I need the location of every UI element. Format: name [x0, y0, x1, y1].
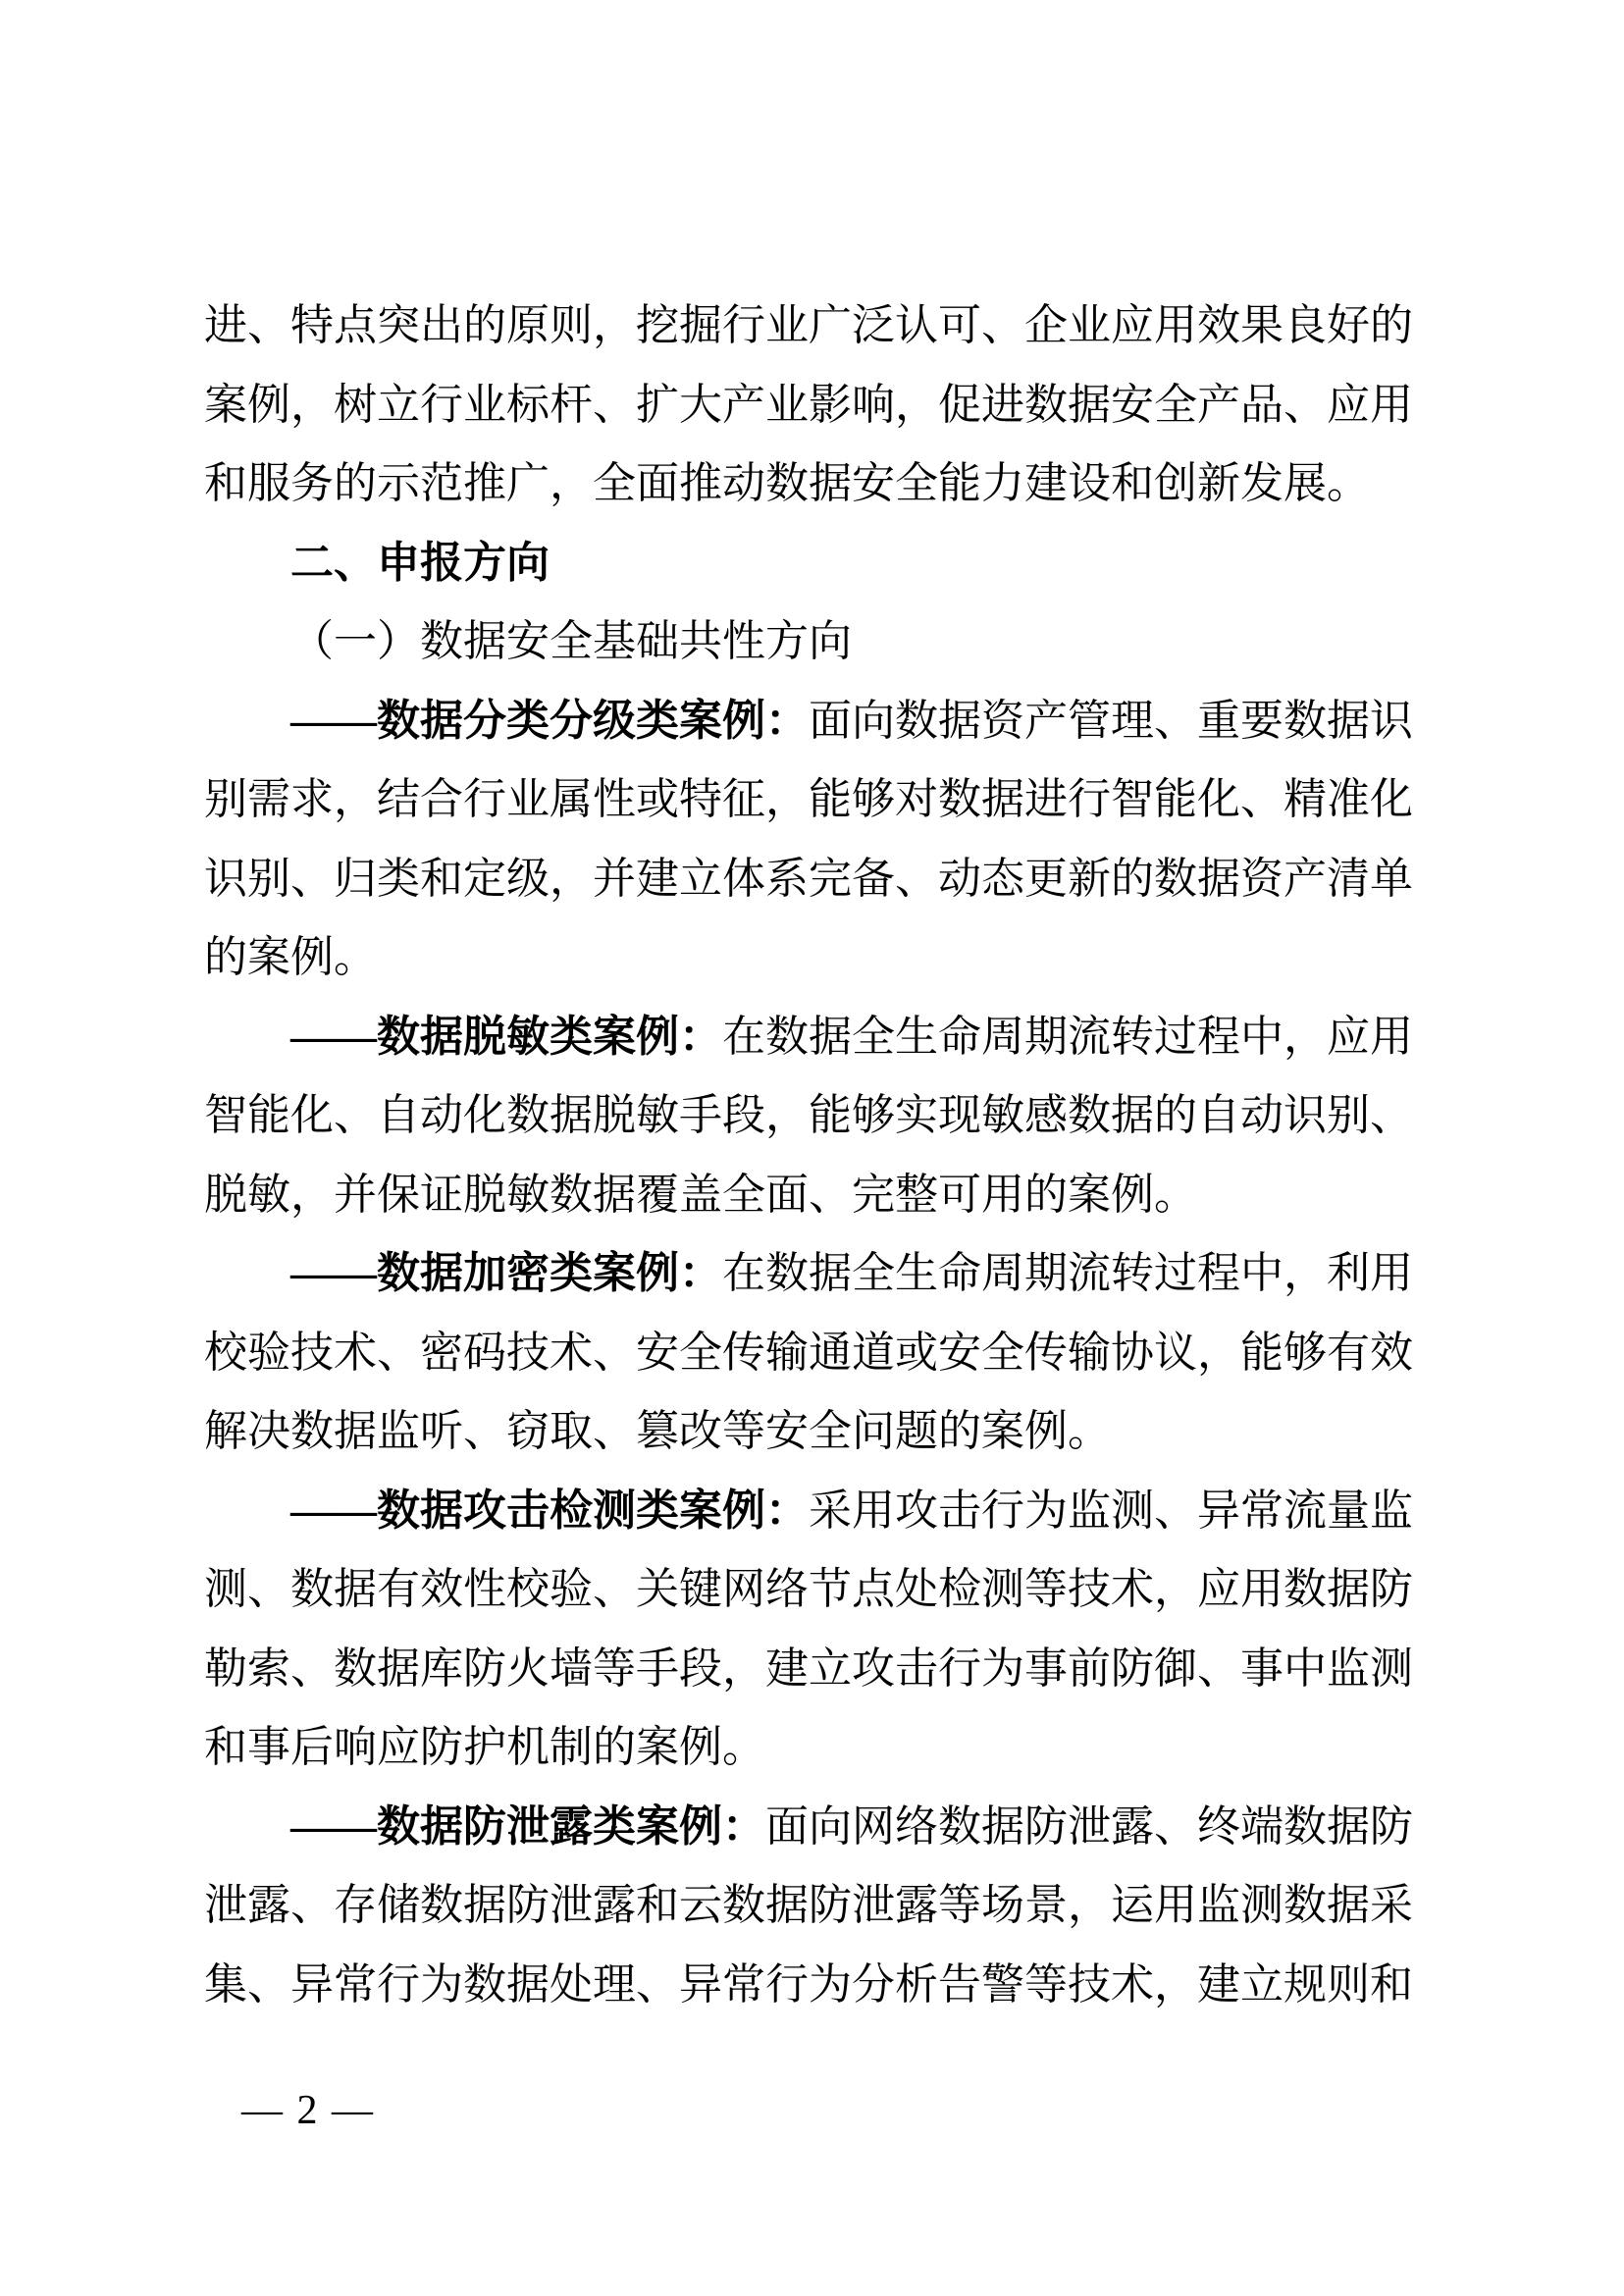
- section-heading: 二、申报方向: [204, 524, 1413, 603]
- case-item-leak-prevention: ——数据防泄露类案例：面向网络数据防泄露、终端数据防泄露、存储数据防泄露和云数据…: [204, 1788, 1413, 2025]
- case-item-masking: ——数据脱敏类案例：在数据全生命周期流转过程中，应用智能化、自动化数据脱敏手段，…: [204, 998, 1413, 1235]
- subsection-heading: （一）数据安全基础共性方向: [204, 602, 1413, 682]
- case-item-classification: ——数据分类分级类案例：面向数据资产管理、重要数据识别需求，结合行业属性或特征，…: [204, 682, 1413, 998]
- case-item-attack-detection-label: ——数据攻击检测类案例：: [290, 1487, 809, 1535]
- document-page: { "page": { "number_label": "— 2 —" }, "…: [0, 0, 1624, 2296]
- case-item-encryption-label: ——数据加密类案例：: [290, 1249, 722, 1297]
- document-body: 进、特点突出的原则，挖掘行业广泛认可、企业应用效果良好的案例，树立行业标杆、扩大…: [204, 287, 1413, 2024]
- case-item-leak-prevention-label: ——数据防泄露类案例：: [290, 1802, 765, 1851]
- case-item-attack-detection: ——数据攻击检测类案例：采用攻击行为监测、异常流量监测、数据有效性校验、关键网络…: [204, 1472, 1413, 1788]
- case-item-encryption: ——数据加密类案例：在数据全生命周期流转过程中，利用校验技术、密码技术、安全传输…: [204, 1234, 1413, 1472]
- page-number: — 2 —: [241, 2088, 375, 2133]
- paragraph-continuation: 进、特点突出的原则，挖掘行业广泛认可、企业应用效果良好的案例，树立行业标杆、扩大…: [204, 287, 1413, 524]
- case-item-classification-label: ——数据分类分级类案例：: [290, 697, 809, 745]
- case-item-masking-label: ——数据脱敏类案例：: [290, 1013, 722, 1061]
